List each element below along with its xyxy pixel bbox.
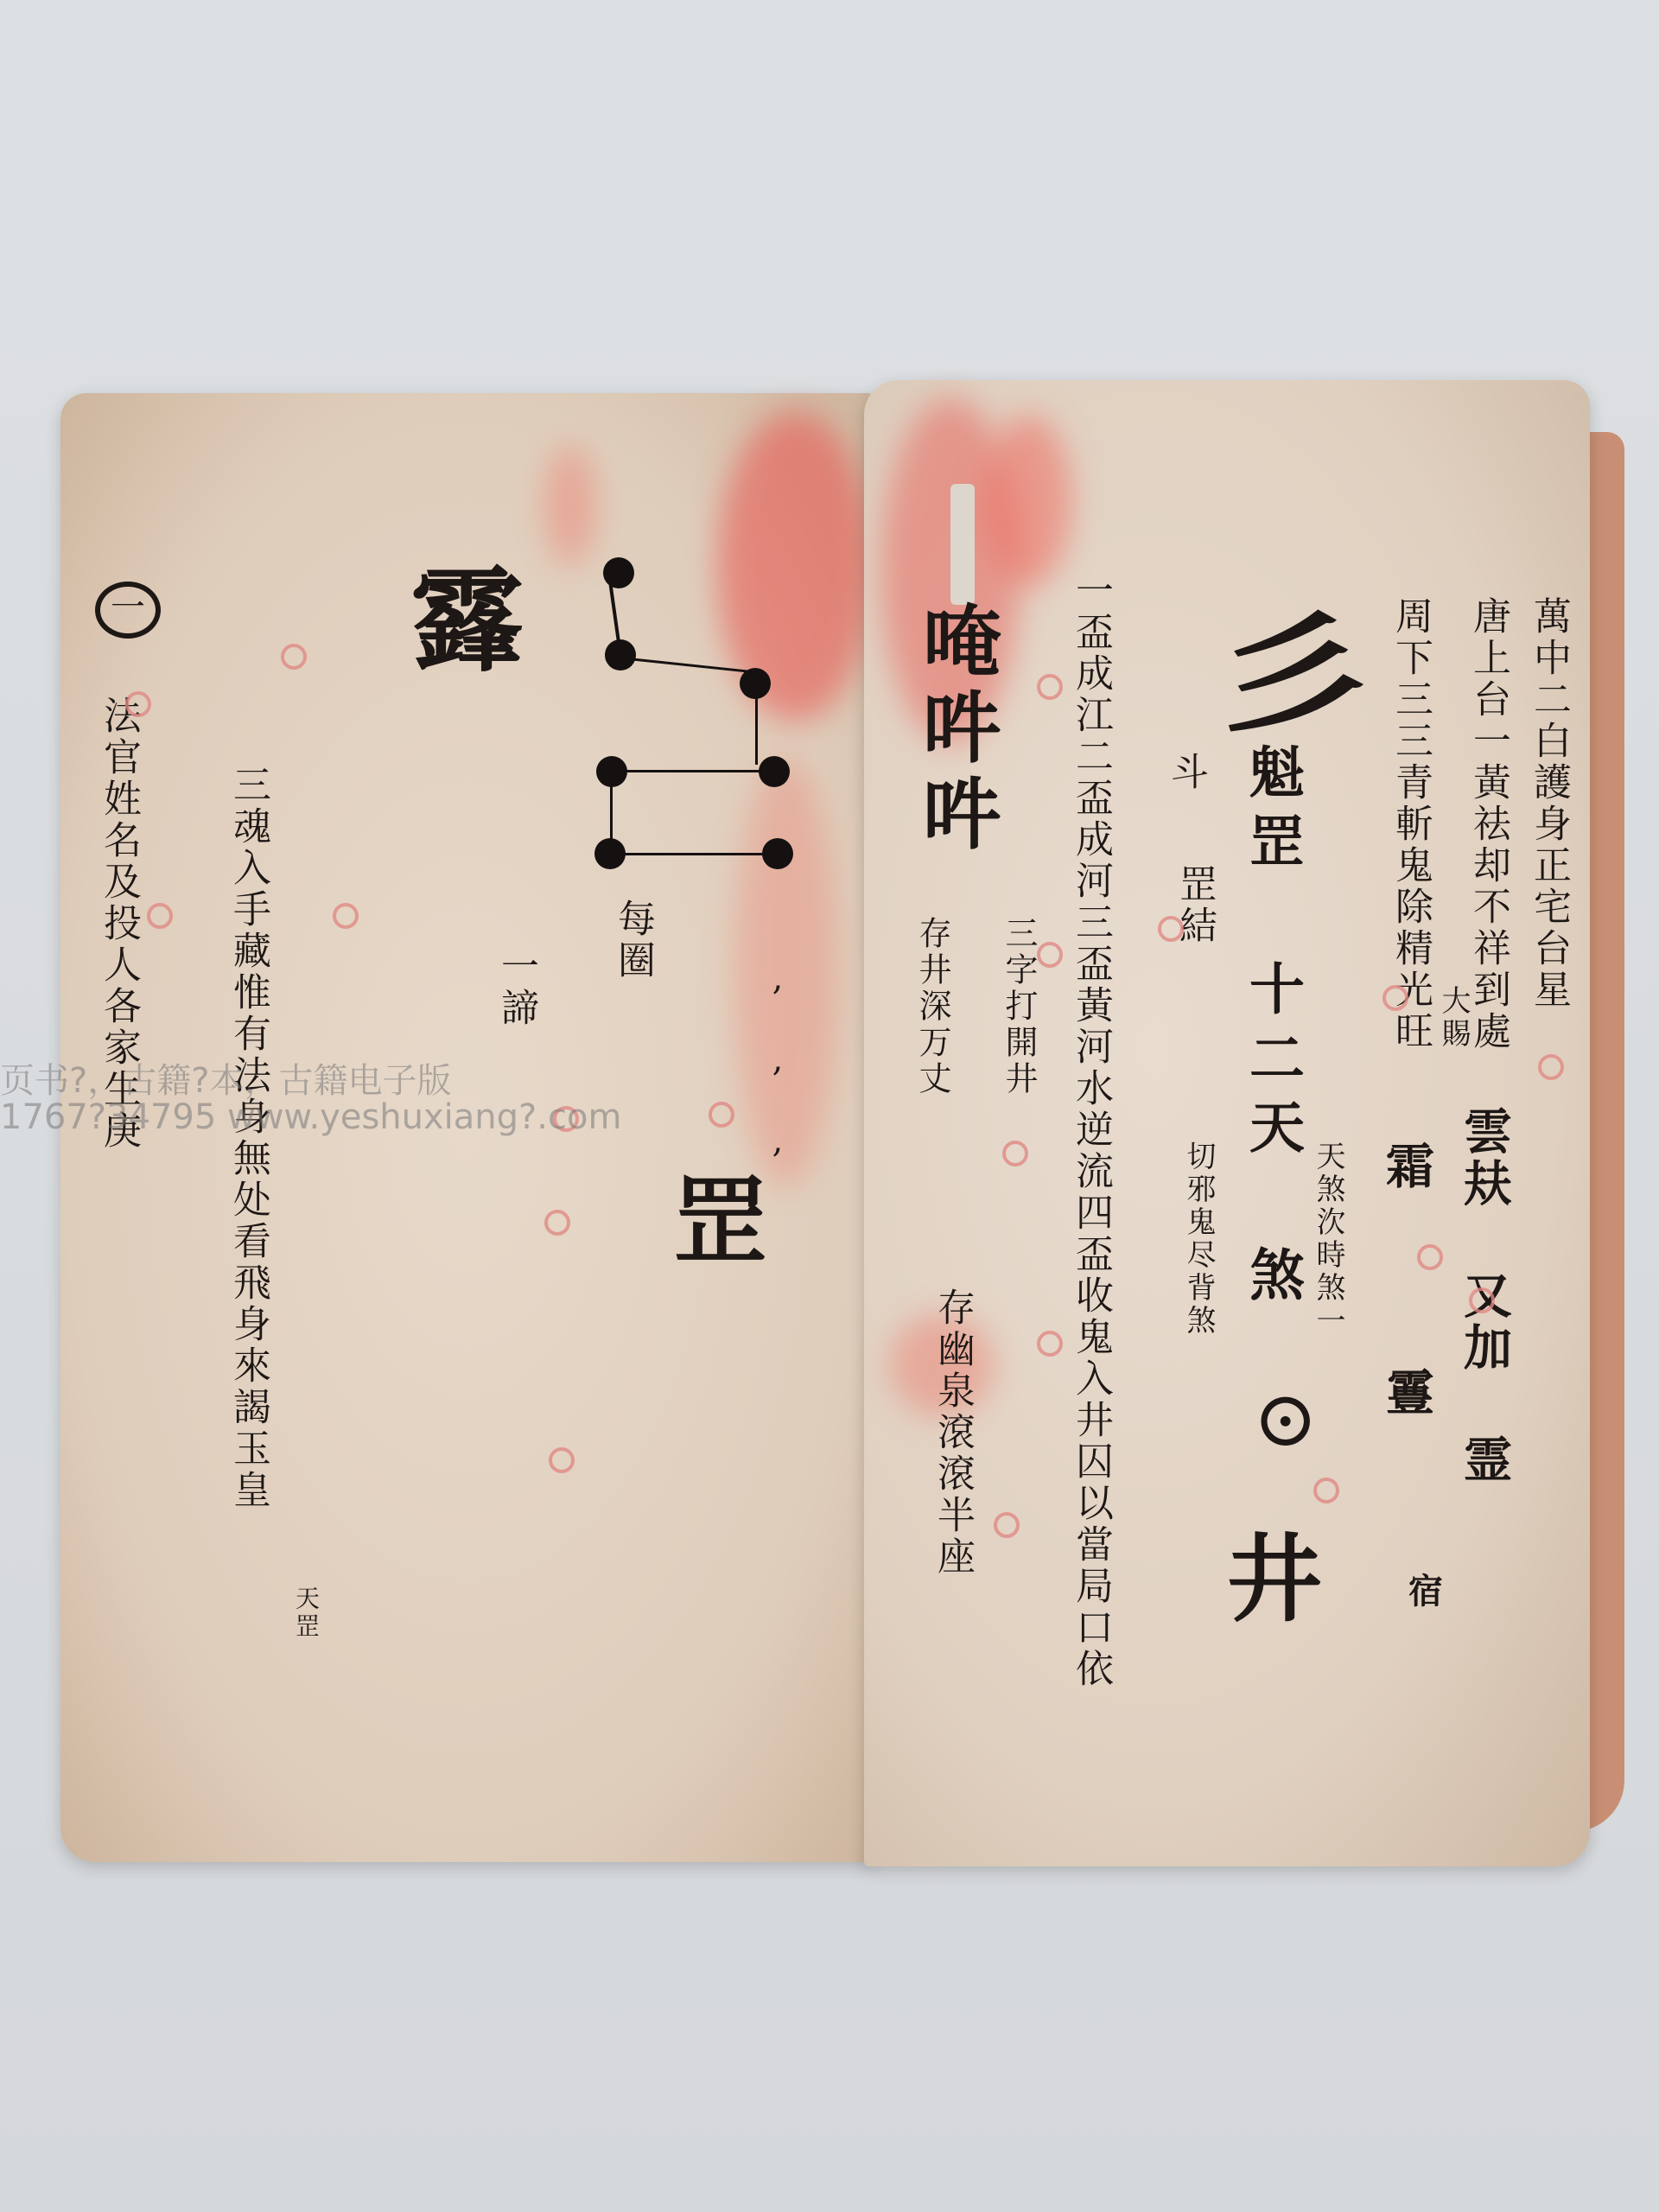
column-tang-shang: 唐上台一黃祛却不祥到處 <box>1469 596 1507 1052</box>
paper-tear-hole <box>950 484 975 605</box>
circled-number-text: 一 <box>111 580 145 629</box>
column-kuigang: 魁罡 十二天 煞 <box>1244 743 1300 1315</box>
star-dot <box>605 639 636 671</box>
column-om-hum-hum: 唵吽吽 <box>916 601 994 860</box>
column-wan-zhong: 萬中二白護身正宅台星 <box>1529 596 1567 1011</box>
star-dot <box>603 557 634 588</box>
column-chant-instructions: 一諦 <box>497 946 535 1029</box>
column-cups-of-water: 一盃成江二盃成河三盃黃河水逆流四盃收鬼入井囚以當局口依 <box>1071 570 1109 1690</box>
talisman-glyph-column-1: 𩆨𩆩𩆪 <box>402 562 514 930</box>
column-wan-zhong-glyph: 𩃣 <box>1529 1141 1578 1192</box>
spring-talisman-glyph: 𩄄 <box>933 1158 1020 1248</box>
damaged-fragment-char: 宿 <box>1408 1564 1443 1613</box>
watermark: 页书?，古籍?本，古籍电子版 1767?34795 www.yeshuxiang… <box>0 1063 621 1135</box>
column-well-depth: 存井深万丈 <box>916 916 949 1097</box>
column-zhou-xia: 周下三三青斬鬼除精光旺 <box>1391 596 1429 1052</box>
talisman-glyph: 罡 <box>658 1171 769 1283</box>
well-character: 井 <box>1227 1503 1322 1640</box>
circled-dot-mark: ⊙ <box>1253 1374 1318 1465</box>
watermark-line-2: 1767?34795 www.yeshuxiang?.com <box>0 1099 621 1135</box>
column-qie-xie: 切邪鬼尽背煞 <box>1184 1141 1213 1338</box>
three-strokes-glyph: 彡 <box>1207 570 1376 757</box>
column-zhou-xia-note: 大賜 <box>1439 985 1468 1051</box>
column-tiansha: 天煞㳄時煞一 <box>1313 1141 1343 1338</box>
circled-number-mark: 一 <box>95 582 161 639</box>
column-tiangang-note: 天罡 <box>294 1586 318 1641</box>
column-hidden-spring: 存幽泉滾滾半座 <box>933 1287 971 1578</box>
column-three-words-open-well: 三字打開井 <box>1002 916 1035 1097</box>
talisman-glyph: 𩆨 <box>392 562 524 684</box>
column-three-souls: 三魂入手藏惟有法身無处看飛身來謁玉皇 <box>229 765 267 1511</box>
diagram-label-one-recite: 每圈 <box>613 899 652 982</box>
talisman-glyph: 𩆩 <box>392 684 524 807</box>
column-dou: 斗 <box>1166 752 1205 793</box>
talisman-glyph-column-2: 罡 <box>665 1171 760 1283</box>
diagram-label-each-circle: 𩇈,𩇉,𩇊,𩇋 <box>760 920 795 1202</box>
column-zhou-xia-glyphs: 霜 霻 <box>1382 1141 1431 1476</box>
talisman-glyph: 𩆪 <box>392 807 524 930</box>
watermark-line-1: 页书?，古籍?本，古籍电子版 <box>0 1063 621 1099</box>
star-dot <box>759 756 790 787</box>
right-page: 萬中二白護身正宅台星 𩃣 唐上台一黃祛却不祥到處 雲㚘 又加 霊 周下三三青斬鬼… <box>864 380 1590 1866</box>
star-dot <box>762 838 793 869</box>
